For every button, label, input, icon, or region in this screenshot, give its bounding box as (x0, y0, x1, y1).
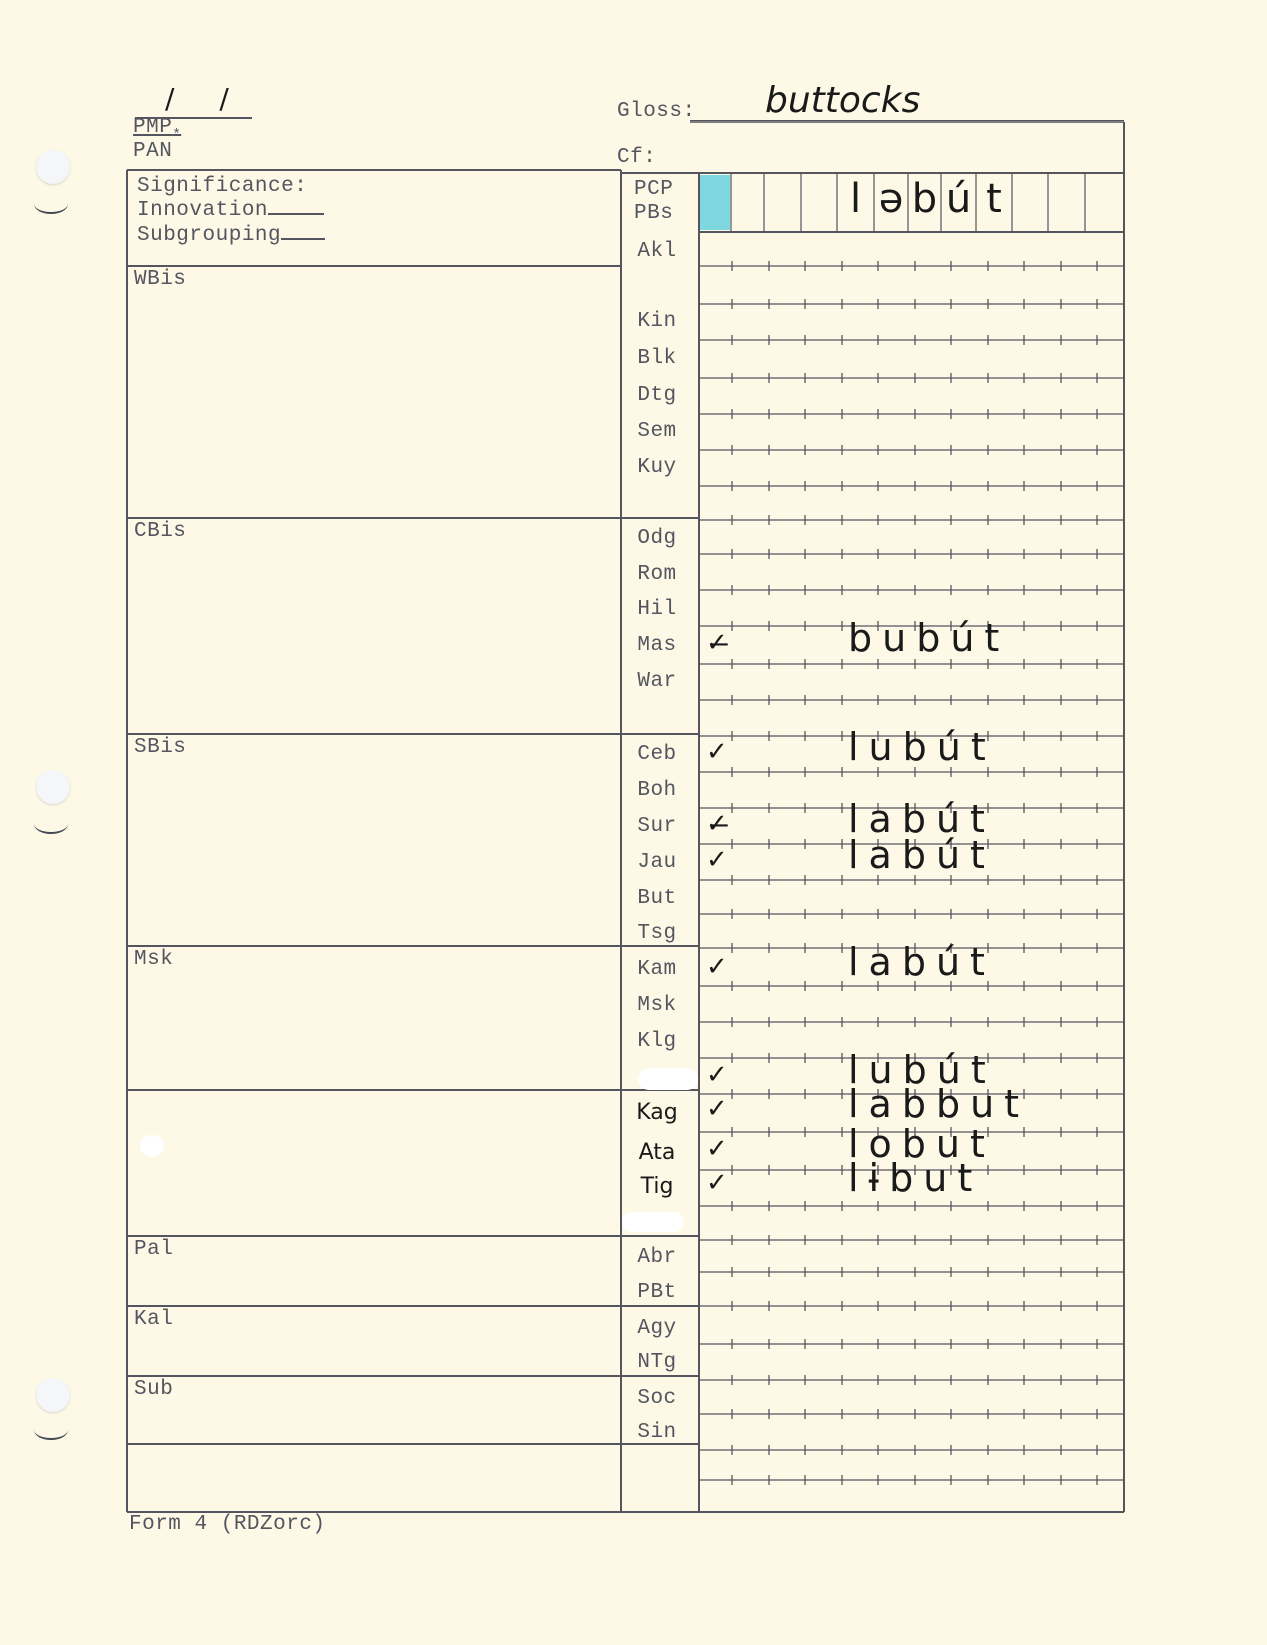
protoform-segment[interactable]: ú (941, 176, 977, 222)
check-mark-icon[interactable]: ✓ (706, 845, 728, 875)
cognate-form[interactable]: lɨbut (848, 1156, 982, 1200)
check-mark-icon[interactable]: ✓ (706, 1094, 728, 1124)
language-label: Ceb (622, 743, 692, 766)
check-mark-icon[interactable]: ✓ (706, 1168, 728, 1198)
language-label: War (622, 670, 692, 693)
cognate-form[interactable]: labút (848, 833, 995, 877)
protoform-segment[interactable]: l (838, 176, 874, 222)
pcp-label: PCP (634, 178, 673, 201)
protoform-segment[interactable]: b (907, 176, 943, 222)
protoform-segment[interactable]: ə (873, 176, 909, 222)
language-label: NTg (622, 1351, 692, 1374)
check-mark-icon[interactable]: ✓̶ (706, 628, 728, 658)
language-label: Jau (622, 851, 692, 874)
check-mark-icon[interactable]: ✓ (706, 952, 728, 982)
group-label: Kal (134, 1308, 173, 1331)
language-label: Kuy (622, 456, 692, 479)
language-label: Msk (622, 994, 692, 1017)
group-label: Sub (134, 1378, 173, 1401)
correction-patch (622, 1212, 684, 1232)
pbs-label: PBs (634, 202, 673, 225)
language-label: Mas (622, 634, 692, 657)
group-label: SBis (134, 736, 186, 759)
protoform-segment[interactable]: t (976, 176, 1012, 222)
cognate-form[interactable]: labbut (848, 1082, 1029, 1126)
language-label: Sin (622, 1421, 692, 1444)
check-mark-icon[interactable]: ✓ (706, 1060, 728, 1090)
cognate-form[interactable]: bubút (848, 616, 1009, 660)
language-label: Dtg (622, 384, 692, 407)
language-label: Soc (622, 1387, 692, 1410)
language-label: Kin (622, 310, 692, 333)
language-label: Tig (622, 1174, 692, 1199)
language-label: Ata (622, 1140, 692, 1165)
language-label: Hil (622, 598, 692, 621)
correction-patch (638, 1068, 698, 1090)
language-label: Kag (622, 1100, 692, 1125)
pcp-highlight-cell (700, 175, 730, 230)
cognate-form[interactable]: lubút (848, 725, 996, 769)
group-label: Pal (134, 1238, 173, 1261)
group-label: CBis (134, 520, 186, 543)
language-label: Odg (622, 527, 692, 550)
language-label: Sur (622, 815, 692, 838)
group-label: Msk (134, 948, 173, 971)
check-mark-icon[interactable]: ✓ (706, 1134, 728, 1164)
language-label: Klg (622, 1030, 692, 1053)
group-label: WBis (134, 268, 186, 291)
language-label: Agy (622, 1317, 692, 1340)
language-label: PBt (622, 1281, 692, 1304)
language-label: Abr (622, 1246, 692, 1269)
language-label: Rom (622, 563, 692, 586)
language-label: Akl (622, 240, 692, 263)
cognate-form[interactable]: labút (848, 940, 995, 984)
language-label: Boh (622, 779, 692, 802)
language-label: But (622, 887, 692, 910)
check-mark-icon[interactable]: ✓̶ (706, 809, 728, 839)
language-label: Kam (622, 958, 692, 981)
language-label: Tsg (622, 922, 692, 945)
language-label: Blk (622, 347, 692, 370)
check-mark-icon[interactable]: ✓ (706, 737, 728, 767)
language-label: Sem (622, 420, 692, 443)
correction-patch (140, 1135, 164, 1157)
form-label: Form 4 (RDZorc) (129, 1513, 326, 1536)
